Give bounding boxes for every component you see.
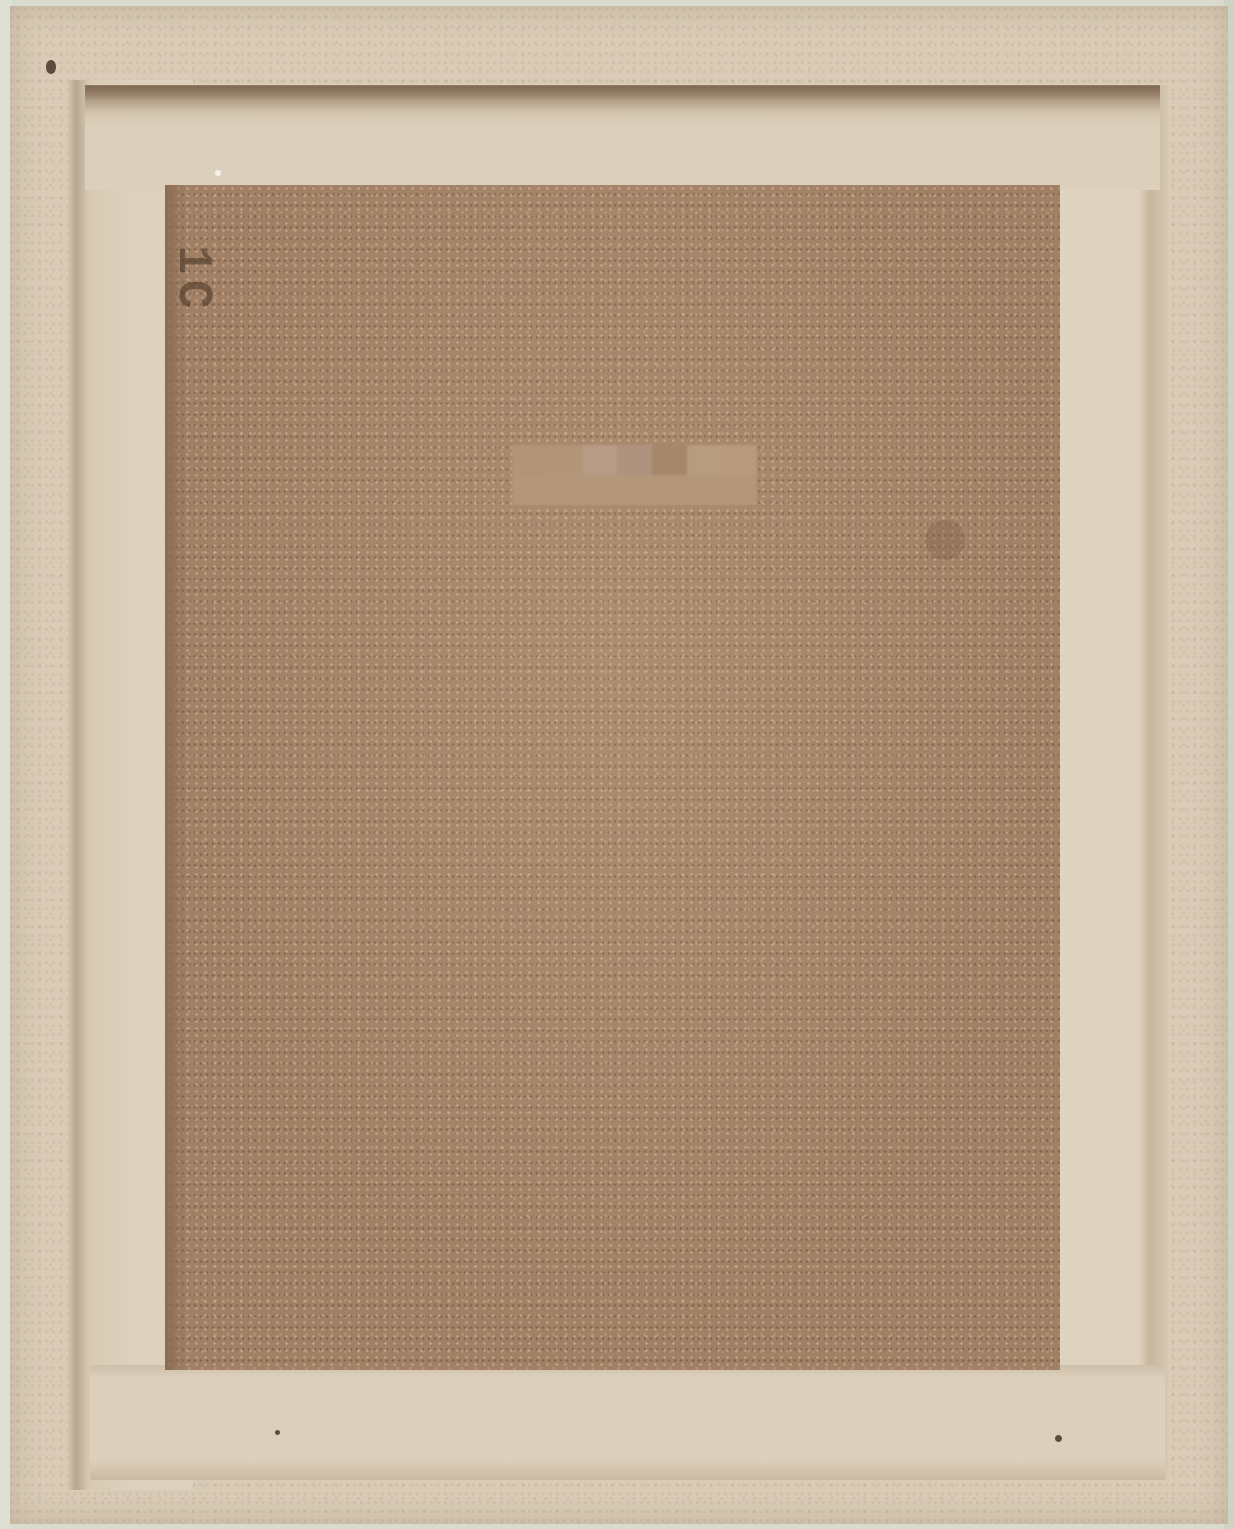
frame-back-photo: 1C — [0, 0, 1234, 1529]
white-speck — [215, 170, 221, 176]
tape-crease-shadow — [85, 86, 1160, 100]
dot-mark — [1055, 1435, 1062, 1442]
dot-mark — [275, 1430, 280, 1435]
tape-strip-bottom — [90, 1365, 1165, 1480]
stamp-mark: 1C — [172, 205, 212, 355]
tape-strip-top — [85, 85, 1160, 190]
stamp-text: 1C — [165, 245, 219, 315]
hardboard-shadow-edge — [165, 185, 187, 1370]
hardboard-backing — [165, 185, 1060, 1370]
stain — [925, 520, 965, 560]
ink-mark — [46, 60, 56, 74]
tape-strip-right — [1058, 85, 1168, 1480]
redacted-label — [512, 445, 757, 505]
